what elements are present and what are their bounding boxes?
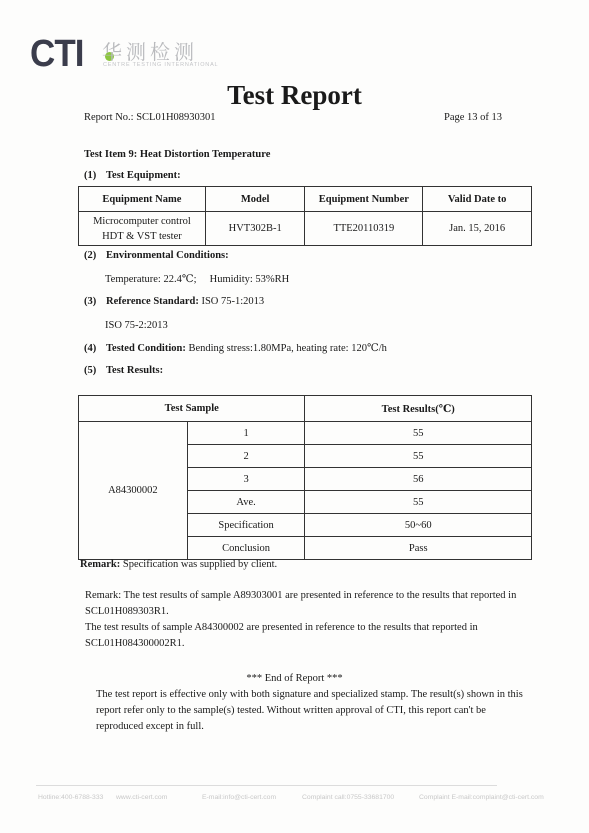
test-item-heading: Test Item 9: Heat Distortion Temperature — [84, 149, 270, 160]
equipment-table: Equipment Name Model Equipment Number Va… — [78, 186, 532, 246]
condition-value: Bending stress:1.80MPa, heating rate: 12… — [188, 343, 386, 354]
section-number: (2) — [84, 250, 106, 261]
column-header: Valid Date to — [423, 187, 532, 212]
remark-line: SCL01H089303R1. — [85, 604, 516, 620]
equipment-name-line: HDT & VST tester — [79, 229, 205, 244]
section-equipment: (1)Test Equipment: — [84, 170, 181, 181]
page-title: Test Report — [0, 80, 589, 111]
column-header: Equipment Name — [79, 187, 206, 212]
remark-line: Remark: The test results of sample A8930… — [85, 588, 516, 604]
logo-chinese-name: 华测检测 — [102, 36, 198, 65]
section-results: (5)Test Results: — [84, 365, 163, 376]
logo-english-name: CENTRE TESTING INTERNATIONAL — [103, 62, 218, 68]
disclaimer-line: report refer only to the sample(s) teste… — [96, 703, 523, 719]
row-value: 56 — [305, 468, 532, 491]
end-of-report: *** End of Report *** — [0, 673, 589, 684]
remark-text: Specification was supplied by client. — [123, 559, 277, 570]
row-label: Conclusion — [187, 537, 305, 560]
section-label: Tested Condition: — [106, 343, 186, 354]
row-label: 2 — [187, 445, 305, 468]
footer-website: www.cti-cert.com — [116, 794, 167, 801]
environment-values: Temperature: 22.4℃; Humidity: 53%RH — [105, 273, 289, 285]
section-number: (4) — [84, 343, 106, 354]
footer-hotline: Hotline:400-6788-333 — [38, 794, 103, 801]
table-header-row: Test Sample Test Results(℃) — [79, 396, 532, 422]
sample-id-cell: A84300002 — [79, 422, 188, 560]
table-row: Microcomputer control HDT & VST tester H… — [79, 212, 532, 246]
footer-complaint-call: Complaint call:0755-33681700 — [302, 794, 394, 801]
temperature-value: Temperature: 22.4℃; — [105, 274, 196, 285]
row-value: 55 — [305, 445, 532, 468]
remark-line: The test results of sample A84300002 are… — [85, 620, 516, 636]
footer-email: E-mail:info@cti-cert.com — [202, 794, 276, 801]
results-table: Test Sample Test Results(℃) A84300002 1 … — [78, 395, 532, 560]
logo-brand: CTI — [30, 33, 84, 76]
row-value: Pass — [305, 537, 532, 560]
model-cell: HVT302B-1 — [205, 212, 305, 246]
section-label: Reference Standard: — [106, 296, 199, 307]
valid-date-cell: Jan. 15, 2016 — [423, 212, 532, 246]
row-label: 3 — [187, 468, 305, 491]
row-value: 50~60 — [305, 514, 532, 537]
equipment-name-cell: Microcomputer control HDT & VST tester — [79, 212, 206, 246]
row-value: 55 — [305, 491, 532, 514]
equipment-number-cell: TTE20110319 — [305, 212, 423, 246]
section-label: Test Equipment: — [106, 170, 181, 181]
disclaimer: The test report is effective only with b… — [96, 687, 523, 735]
row-label: Ave. — [187, 491, 305, 514]
table-header-row: Equipment Name Model Equipment Number Va… — [79, 187, 532, 212]
disclaimer-line: reproduced except in full. — [96, 719, 523, 735]
section-label: Test Results: — [106, 365, 163, 376]
section-number: (5) — [84, 365, 106, 376]
section-number: (3) — [84, 296, 106, 307]
humidity-value: Humidity: 53%RH — [210, 274, 290, 285]
row-value: 55 — [305, 422, 532, 445]
column-header: Equipment Number — [305, 187, 423, 212]
remark-label: Remark: — [80, 559, 120, 570]
section-environment: (2)Environmental Conditions: — [84, 250, 229, 261]
reference-standard-2: ISO 75-2:2013 — [105, 320, 168, 331]
row-label: Specification — [187, 514, 305, 537]
disclaimer-line: The test report is effective only with b… — [96, 687, 523, 703]
specification-remark: Remark: Specification was supplied by cl… — [80, 559, 277, 570]
remarks-block: Remark: The test results of sample A8930… — [85, 588, 516, 652]
column-header: Test Sample — [79, 396, 305, 422]
column-header: Model — [205, 187, 305, 212]
reference-standard-1: ISO 75-1:2013 — [201, 296, 264, 307]
section-number: (1) — [84, 170, 106, 181]
page-number: Page 13 of 13 — [444, 112, 502, 123]
report-number: Report No.: SCL01H08930301 — [84, 112, 216, 123]
equipment-name-line: Microcomputer control — [79, 214, 205, 229]
section-condition: (4)Tested Condition: Bending stress:1.80… — [84, 342, 387, 354]
row-label: 1 — [187, 422, 305, 445]
section-label: Environmental Conditions: — [106, 250, 229, 261]
section-reference: (3)Reference Standard: ISO 75-1:2013 — [84, 296, 264, 307]
remark-line: SCL01H084300002R1. — [85, 636, 516, 652]
footer-complaint-email: Complaint E-mail:complaint@cti-cert.com — [419, 794, 544, 801]
column-header: Test Results(℃) — [305, 396, 532, 422]
footer-divider — [36, 785, 497, 786]
table-row: A84300002 1 55 — [79, 422, 532, 445]
